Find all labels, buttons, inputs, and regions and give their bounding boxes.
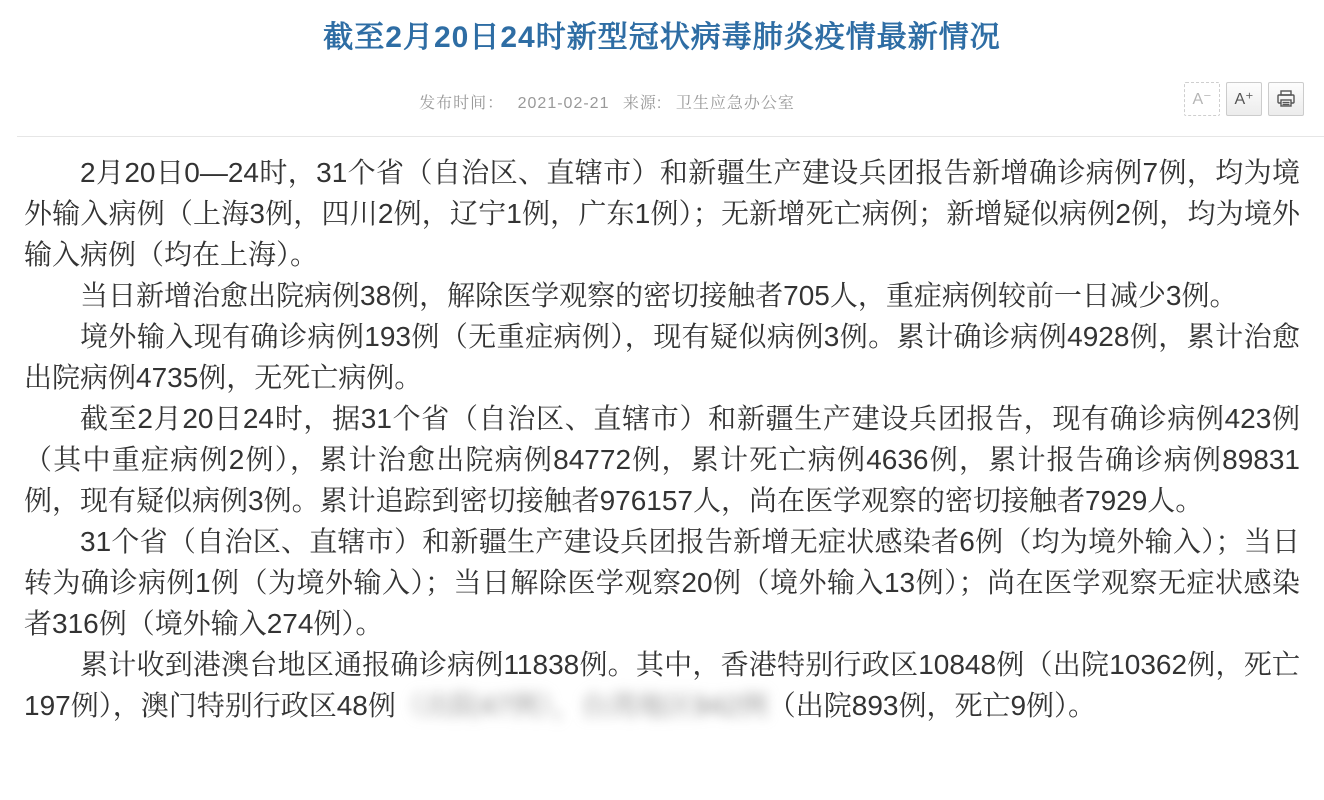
article-header: 截至2月20日24时新型冠状病毒肺炎疫情最新情况 发布时间： 2021-02-2…: [0, 0, 1324, 137]
paragraph-imported-cases: 境外输入现有确诊病例193例（无重症病例），现有疑似病例3例。累计确诊病例492…: [24, 316, 1300, 398]
article-body: 2月20日0—24时，31个省（自治区、直辖市）和新疆生产建设兵团报告新增确诊病…: [0, 137, 1324, 726]
publish-time-value: 2021-02-21: [518, 95, 610, 112]
paragraph-cumulative-totals: 截至2月20日24时，据31个省（自治区、直辖市）和新疆生产建设兵团报告，现有确…: [24, 398, 1300, 521]
paragraph-daily-recovered: 当日新增治愈出院病例38例，解除医学观察的密切接触者705人，重症病例较前一日减…: [24, 275, 1300, 316]
article-page: 截至2月20日24时新型冠状病毒肺炎疫情最新情况 发布时间： 2021-02-2…: [0, 0, 1324, 800]
publish-time-label: 发布时间：: [419, 95, 504, 112]
page-title: 截至2月20日24时新型冠状病毒肺炎疫情最新情况: [0, 18, 1324, 58]
font-print-toolbar: A⁻ A⁺: [1184, 82, 1304, 116]
print-button[interactable]: [1268, 82, 1304, 116]
source-label: 来源:: [623, 95, 662, 112]
print-icon: [1276, 90, 1296, 108]
hmt-text-post: （出院893例，死亡9例）。: [768, 690, 1096, 721]
paragraph-hk-macao-taiwan: 累计收到港澳台地区通报确诊病例11838例。其中，香港特别行政区10848例（出…: [24, 644, 1300, 726]
font-decrease-icon: A⁻: [1192, 89, 1211, 109]
font-decrease-button[interactable]: A⁻: [1184, 82, 1220, 116]
source-value: 卫生应急办公室: [676, 95, 795, 112]
font-increase-button[interactable]: A⁺: [1226, 82, 1262, 116]
paragraph-new-confirmed: 2月20日0—24时，31个省（自治区、直辖市）和新疆生产建设兵团报告新增确诊病…: [24, 152, 1300, 275]
paragraph-asymptomatic: 31个省（自治区、直辖市）和新疆生产建设兵团报告新增无症状感染者6例（均为境外输…: [24, 521, 1300, 644]
meta-row: 发布时间： 2021-02-21 来源: 卫生应急办公室 A⁻ A⁺: [0, 86, 1324, 122]
redacted-blurred-text: （出院47例），台湾地区942例: [396, 690, 768, 721]
article-meta: 发布时间： 2021-02-21 来源: 卫生应急办公室: [0, 86, 1324, 122]
font-increase-icon: A⁺: [1234, 89, 1253, 109]
